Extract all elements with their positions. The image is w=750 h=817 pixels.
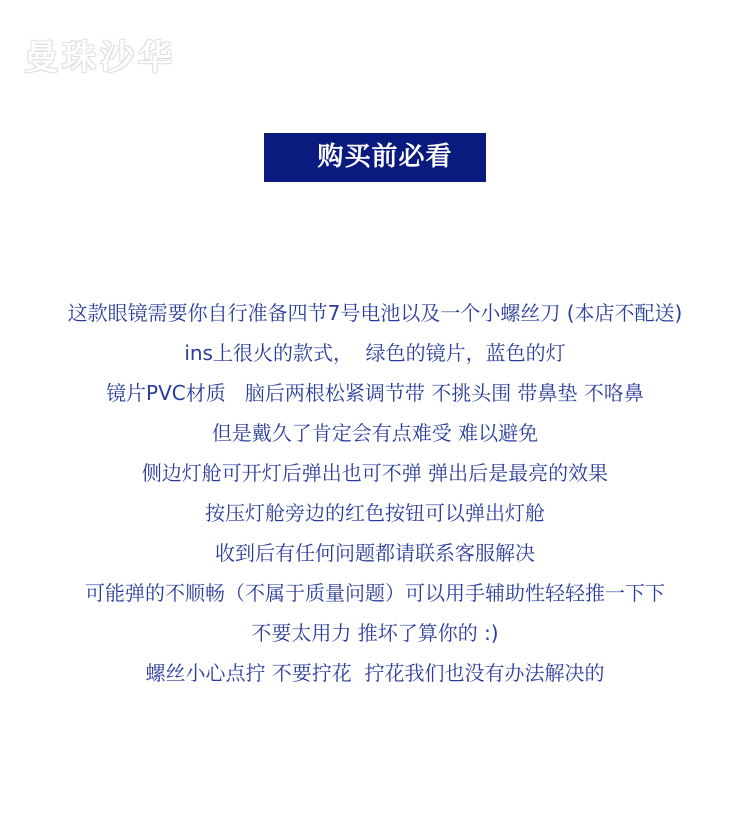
note-line-screw-warning: 螺丝小心点拧 不要拧花 拧花我们也没有办法解决的 [0, 653, 750, 693]
banner-title: 购买前必看 [297, 133, 452, 182]
watermark-logo: 曼珠沙华 [24, 36, 176, 80]
note-line-not-too-hard: 不要太用力 推坏了算你的 :) [0, 613, 750, 653]
note-line-red-button: 按压灯舱旁边的红色按钮可以弹出灯舱 [0, 493, 750, 533]
note-line-customer-service: 收到后有任何问题都请联系客服解决 [0, 533, 750, 573]
note-line-light-compartment: 侧边灯舱可开灯后弹出也可不弹 弹出后是最亮的效果 [0, 453, 750, 493]
note-line-style: ins上很火的款式， 绿色的镜片，蓝色的灯 [0, 333, 750, 373]
note-line-material: 镜片PVC材质 脑后两根松紧调节带 不挑头围 带鼻垫 不咯鼻 [0, 373, 750, 413]
note-line-battery: 这款眼镜需要你自行准备四节7号电池以及一个小螺丝刀 (本店不配送) [0, 293, 750, 333]
note-line-push-gently: 可能弹的不顺畅（不属于质量问题）可以用手辅助性轻轻推一下下 [0, 573, 750, 613]
notice-banner: 购买前必看 [264, 133, 486, 182]
note-line-comfort: 但是戴久了肯定会有点难受 难以避免 [0, 413, 750, 453]
purchase-notes-list: 这款眼镜需要你自行准备四节7号电池以及一个小螺丝刀 (本店不配送) ins上很火… [0, 293, 750, 693]
